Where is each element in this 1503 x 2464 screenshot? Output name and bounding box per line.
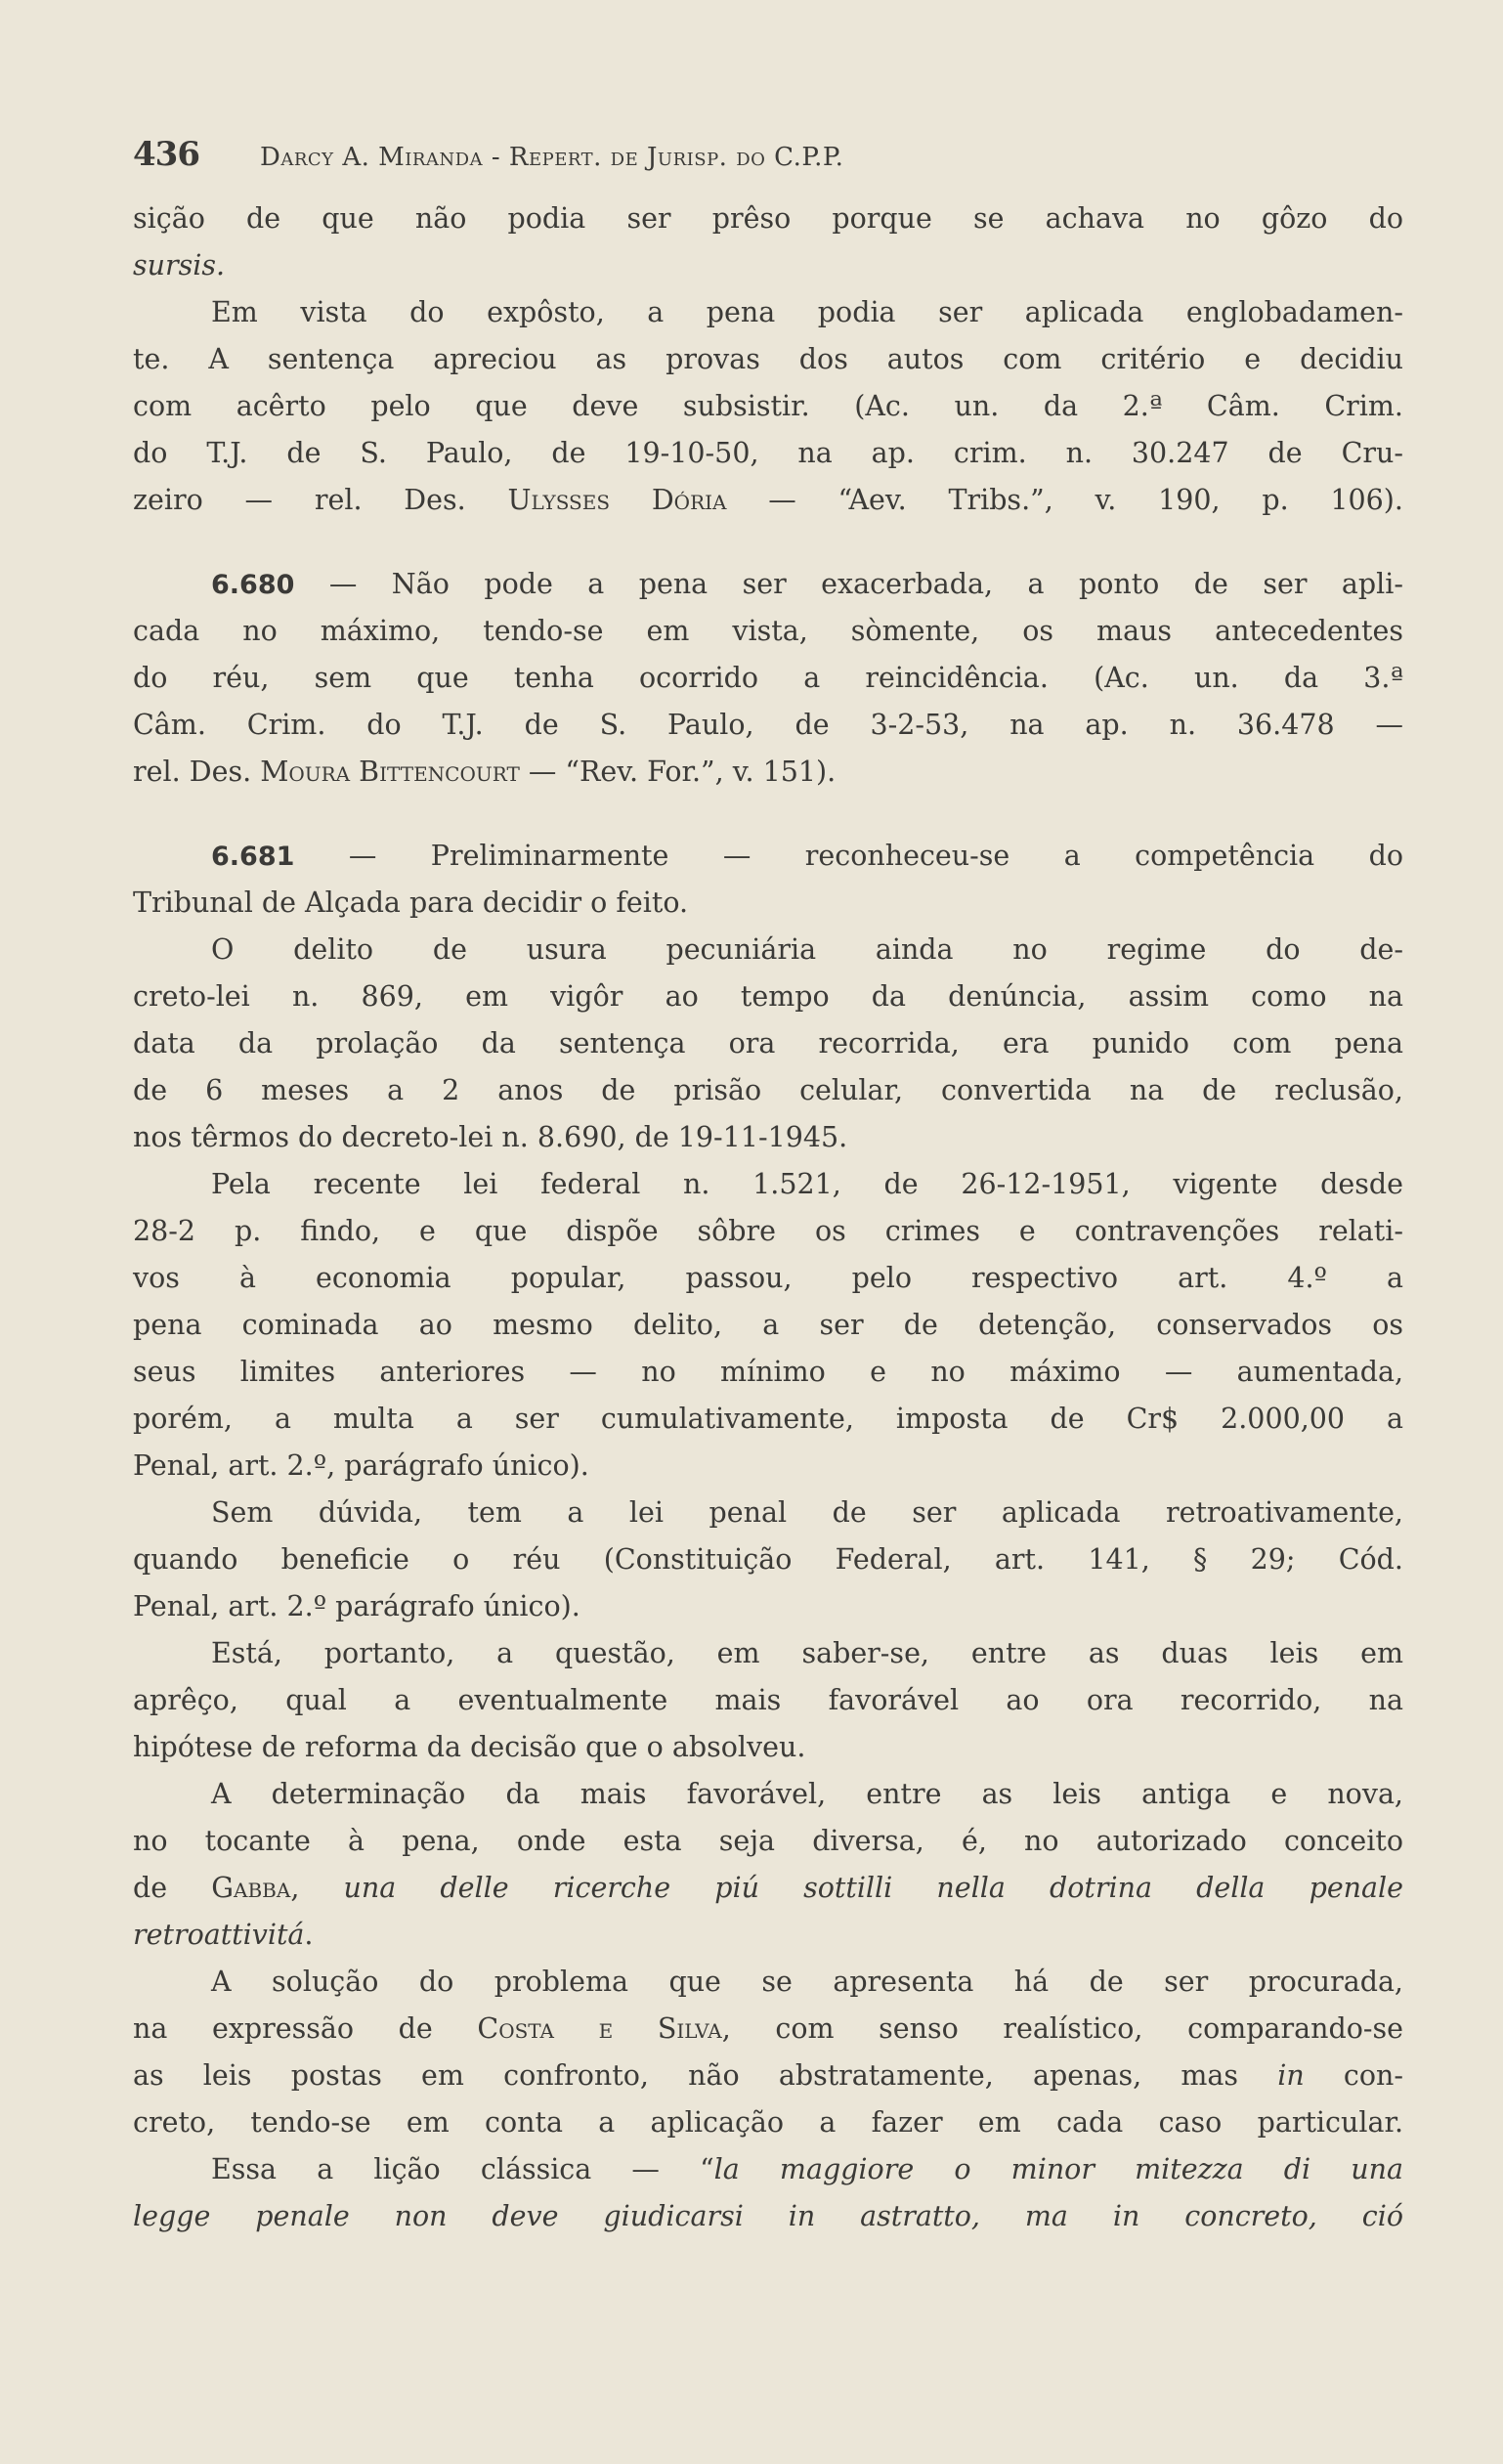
judge-name: Moura Bittencourt — [260, 756, 520, 788]
text-line: 28-2 p. findo, e que dispõe sôbre os cri… — [133, 1208, 1403, 1255]
text-line: cada no máximo, tendo-se em vista, sòmen… — [133, 608, 1403, 655]
text-line: creto-lei n. 869, em vigôr ao tempo da d… — [133, 973, 1403, 1020]
text-line: quando beneficie o réu (Constituição Fed… — [133, 1536, 1403, 1583]
text-line: te. A sentença apreciou as provas dos au… — [133, 336, 1403, 383]
text-line: Tribunal de Alçada para decidir o feito. — [133, 880, 1403, 927]
entry-6680-heading-line: 6.680 — Não pode a pena ser exacerbada, … — [133, 561, 1403, 608]
text-line: sursis. — [133, 242, 1403, 289]
page-header: 436 Darcy A. Miranda - Repert. de Jurisp… — [133, 135, 1403, 184]
text-line: data da prolação da sentença ora recorri… — [133, 1020, 1403, 1067]
text-line: do réu, sem que tenha ocorrido a reincid… — [133, 655, 1403, 702]
text-line: nos têrmos do decreto-lei n. 8.690, de 1… — [133, 1114, 1403, 1161]
text-line: O delito de usura pecuniária ainda no re… — [133, 927, 1403, 973]
text-line: porém, a multa a ser cumulativamente, im… — [133, 1396, 1403, 1443]
citation-line: rel. Des. Moura Bittencourt — “Rev. For.… — [133, 749, 1403, 796]
entry-separator — [133, 524, 1403, 561]
text-line: do T.J. de S. Paulo, de 19-10-50, na ap.… — [133, 430, 1403, 477]
text-line: Em vista do expôsto, a pena podia ser ap… — [133, 289, 1403, 336]
text-line: no tocante à pena, onde esta seja divers… — [133, 1818, 1403, 1865]
text-line: com acêrto pelo que deve subsistir. (Ac.… — [133, 383, 1403, 430]
text-line: sição de que não podia ser prêso porque … — [133, 195, 1403, 242]
judge-name: Ulysses Dória — [507, 484, 726, 516]
italian-quote: la maggiore o minor mitezza di una — [714, 2153, 1403, 2185]
text-line: Câm. Crim. do T.J. de S. Paulo, de 3-2-5… — [133, 702, 1403, 749]
author-name: Costa e Silva — [477, 2012, 721, 2045]
citation-line: zeiro — rel. Des. Ulysses Dória — “Aev. … — [133, 477, 1403, 524]
text-line: Está, portanto, a questão, em saber-se, … — [133, 1630, 1403, 1677]
text-line: vos à economia popular, passou, pelo res… — [133, 1255, 1403, 1302]
text-line: legge penale non deve giudicarsi in astr… — [133, 2193, 1403, 2240]
text-line: pena cominada ao mesmo delito, a ser de … — [133, 1302, 1403, 1349]
text-line: de Gabba, una delle ricerche piú sottill… — [133, 1865, 1403, 1912]
entry-separator — [133, 796, 1403, 833]
text-line: as leis postas em confronto, não abstrat… — [133, 2053, 1403, 2099]
entry-number: 6.681 — [211, 842, 294, 872]
scanned-book-page: 436 Darcy A. Miranda - Repert. de Jurisp… — [0, 0, 1503, 2464]
entry-6681-heading-line: 6.681 — Preliminarmente — reconheceu-se … — [133, 833, 1403, 880]
text-line: A determinação da mais favorável, entre … — [133, 1771, 1403, 1818]
text-line: Pela recente lei federal n. 1.521, de 26… — [133, 1161, 1403, 1208]
text-line: Penal, art. 2.º, parágrafo único). — [133, 1443, 1403, 1490]
entry-number: 6.680 — [211, 570, 294, 600]
italian-quote: una delle ricerche piú sottilli nella do… — [344, 1872, 1403, 1904]
text-line: hipótese de reforma da decisão que o abs… — [133, 1724, 1403, 1771]
running-head: Darcy A. Miranda - Repert. de Jurisp. do… — [260, 143, 843, 172]
author-name: Gabba — [211, 1872, 290, 1904]
text-line: seus limites anteriores — no mínimo e no… — [133, 1349, 1403, 1396]
text-line: Essa a lição clássica — “la maggiore o m… — [133, 2146, 1403, 2193]
text-line: na expressão de Costa e Silva, com senso… — [133, 2006, 1403, 2053]
page-number: 436 — [133, 135, 260, 174]
text-line: creto, tendo-se em conta a aplicação a f… — [133, 2099, 1403, 2146]
text-line: Penal, art. 2.º parágrafo único). — [133, 1583, 1403, 1630]
page-body: sição de que não podia ser prêso porque … — [133, 195, 1403, 2240]
text-line: A solução do problema que se apresenta h… — [133, 1959, 1403, 2006]
text-line: aprêço, qual a eventualmente mais favorá… — [133, 1677, 1403, 1724]
text-line: retroattivitá. — [133, 1912, 1403, 1959]
text-line: Sem dúvida, tem a lei penal de ser aplic… — [133, 1490, 1403, 1536]
text-line: de 6 meses a 2 anos de prisão celular, c… — [133, 1067, 1403, 1114]
